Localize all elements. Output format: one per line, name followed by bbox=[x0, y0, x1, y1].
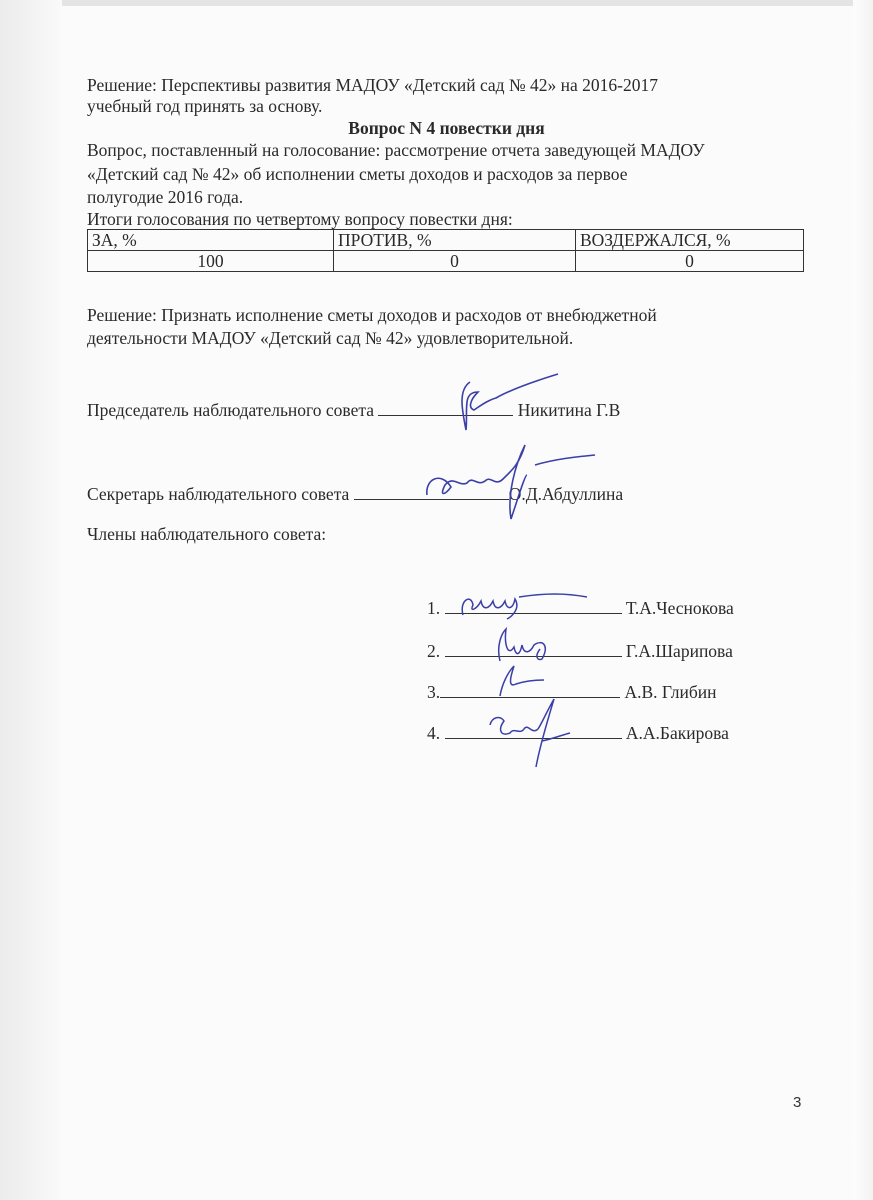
member-number: 2. bbox=[427, 641, 440, 661]
chairman-signature-icon bbox=[440, 370, 570, 440]
member-4-signature-icon bbox=[480, 695, 580, 770]
chairman-label: Председатель наблюдательного совета bbox=[87, 400, 374, 420]
member-number: 4. bbox=[427, 723, 440, 743]
member-name: Т.А.Чеснокова bbox=[626, 598, 734, 618]
member-name: А.А.Бакирова bbox=[626, 723, 729, 743]
previous-decision-line-2: учебный год принять за основу. bbox=[87, 96, 322, 116]
secretary-label: Секретарь наблюдательного совета bbox=[87, 484, 349, 504]
question-text-line-3: полугодие 2016 года. bbox=[87, 187, 243, 207]
member-row-2: 2. Г.А.Шарипова bbox=[427, 641, 733, 661]
voting-caption: Итоги голосования по четвертому вопросу … bbox=[87, 209, 513, 229]
question-text-line-1: Вопрос, поставленный на голосование: рас… bbox=[87, 140, 705, 160]
member-number: 3. bbox=[427, 682, 440, 702]
table-header-row: ЗА, % ПРОТИВ, % ВОЗДЕРЖАЛСЯ, % bbox=[88, 230, 804, 251]
member-1-signature-icon bbox=[455, 585, 595, 625]
members-label: Члены наблюдательного совета: bbox=[87, 524, 326, 544]
previous-decision-line-1: Решение: Перспективы развития МАДОУ «Дет… bbox=[87, 75, 658, 95]
secretary-signature-icon bbox=[415, 435, 600, 525]
member-number: 1. bbox=[427, 598, 440, 618]
question-text-line-2: «Детский сад № 42» об исполнении сметы д… bbox=[87, 164, 627, 184]
header-against: ПРОТИВ, % bbox=[334, 230, 576, 251]
value-abstained: 0 bbox=[576, 251, 804, 272]
value-against: 0 bbox=[334, 251, 576, 272]
header-for: ЗА, % bbox=[88, 230, 334, 251]
header-abstained: ВОЗДЕРЖАЛСЯ, % bbox=[576, 230, 804, 251]
member-name: Г.А.Шарипова bbox=[626, 641, 733, 661]
decision-line-1: Решение: Признать исполнение сметы доход… bbox=[87, 305, 657, 325]
member-name: А.В. Глибин bbox=[625, 682, 717, 702]
member-2-signature-icon bbox=[490, 625, 560, 665]
table-row: 100 0 0 bbox=[88, 251, 804, 272]
question-heading: Вопрос N 4 повестки дня bbox=[0, 118, 873, 138]
decision-line-2: деятельности МАДОУ «Детский сад № 42» уд… bbox=[87, 328, 573, 348]
member-3-signature-icon bbox=[490, 662, 550, 698]
value-for: 100 bbox=[88, 251, 334, 272]
page-number: 3 bbox=[793, 1094, 801, 1111]
voting-results-table: ЗА, % ПРОТИВ, % ВОЗДЕРЖАЛСЯ, % 100 0 0 bbox=[87, 229, 804, 272]
document-page: Решение: Перспективы развития МАДОУ «Дет… bbox=[0, 0, 873, 1200]
